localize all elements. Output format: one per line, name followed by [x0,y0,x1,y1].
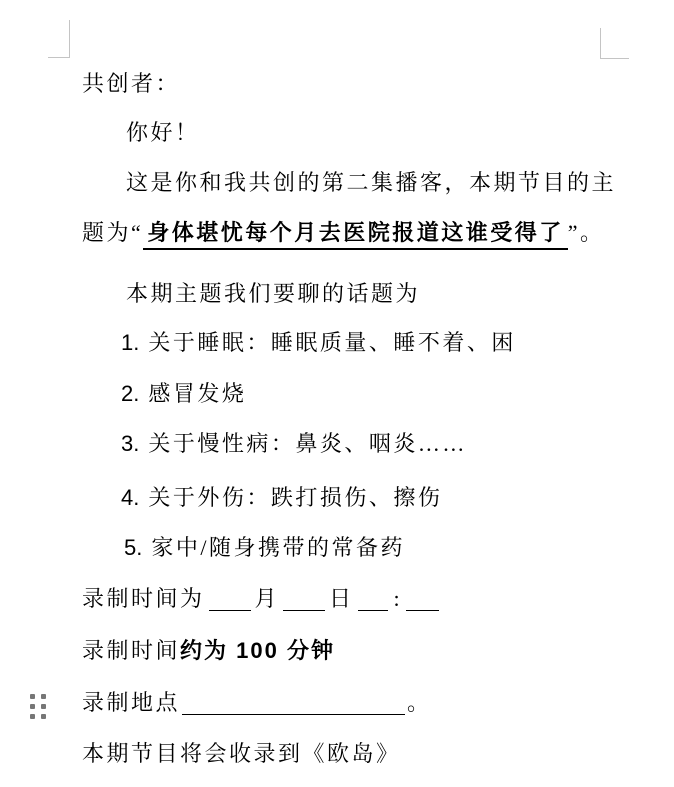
intro-line: 这是你和我共创的第二集播客，本期节目的主 [126,169,616,196]
greeting-line: 你好！ [126,119,200,146]
duration-line: 录制时间约为 100 分钟 [82,637,335,664]
closing-line: 本期节目将会收录到《欧岛》 [82,740,401,767]
topic-item: 2.感冒发烧 [121,380,246,407]
day-unit: 日 [329,586,354,611]
day-blank-field[interactable] [283,606,325,611]
topic-number: 4. [121,485,139,510]
salutation-line: 共创者： [82,70,180,97]
month-unit: 月 [255,586,280,611]
minute-blank-field[interactable] [406,606,439,611]
topic-number: 2. [121,381,139,406]
location-blank-field[interactable] [182,710,405,715]
hour-blank-field[interactable] [358,606,388,611]
topic-item: 5.家中/随身携带的常备药 [124,534,405,561]
margin-corner-top-left-icon [48,20,70,58]
theme-prefix: 题为“ [82,220,143,245]
topic-item: 3.关于慢性病：鼻炎、咽炎…… [121,430,467,457]
month-blank-field[interactable] [209,606,251,611]
location-line: 录制地点。 [82,689,432,716]
topic-number: 5. [124,535,142,560]
duration-prefix: 录制时间 [82,638,180,663]
topic-text: 关于睡眠：睡眠质量、睡不着、困 [148,330,516,355]
theme-title: 身体堪忧每个月去医院报道这谁受得了 [143,220,568,250]
recording-time-line: 录制时间为月日: [82,585,443,612]
duration-value: 约为 100 分钟 [180,638,335,663]
location-period: 。 [407,690,432,715]
topic-item: 4.关于外伤：跌打损伤、擦伤 [121,484,442,511]
location-label: 录制地点 [82,690,180,715]
topic-text: 感冒发烧 [148,381,246,406]
topic-item: 1.关于睡眠：睡眠质量、睡不着、困 [121,329,516,356]
time-colon: : [394,586,403,611]
drag-handle-icon[interactable] [30,694,46,719]
theme-line: 题为“身体堪忧每个月去医院报道这谁受得了”。 [82,219,605,246]
recording-time-label: 录制时间为 [82,586,205,611]
topic-text: 关于慢性病：鼻炎、咽炎…… [148,431,467,456]
topic-number: 3. [121,431,139,456]
topic-number: 1. [121,330,139,355]
theme-suffix: ”。 [568,220,605,245]
topics-heading: 本期主题我们要聊的话题为 [126,280,420,307]
topic-text: 家中/随身携带的常备药 [151,535,405,560]
document-page: 共创者： 你好！ 这是你和我共创的第二集播客，本期节目的主 题为“身体堪忧每个月… [0,0,674,787]
topic-text: 关于外伤：跌打损伤、擦伤 [148,485,442,510]
margin-corner-top-right-icon [600,28,629,59]
